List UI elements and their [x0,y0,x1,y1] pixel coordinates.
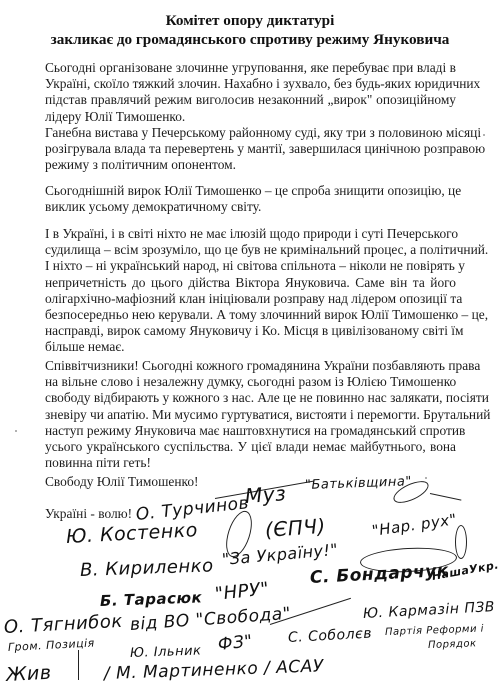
signature-ftz: ФЗ" [217,631,254,655]
paragraph-3: Сьогоднішній вирок Юлії Тимошенко – це с… [45,183,456,215]
signature-poriadok: Порядок [428,638,477,651]
text-line: І ніхто – ні український народ, ні світо… [45,258,456,274]
text-line: повинна піти геть! [45,455,456,471]
text-line: судилища – всім зрозуміло, що це був не … [45,242,456,258]
text-line: режиму з політичним опонентом. [45,157,456,173]
signature-loop [455,525,467,559]
signature-narodnyi-rukh: "Нар. рух" [371,510,458,540]
text-line: Сьогодні організоване злочинне угрупован… [45,60,456,76]
signature-ye-ptch: (ЄПЧ) [264,514,326,542]
paragraph-1: Сьогодні організоване злочинне угрупован… [45,60,456,125]
signature-scribble: Муз [244,481,287,508]
text-line: безпосередньо нею керували. А тому злочи… [45,307,456,323]
text-line: свободу відбирають у кожного з нас. Але … [45,390,456,406]
signature-tyahnybok: О. Тягнибок [3,611,123,638]
text-line: Співвітчизники! Сьогодні кожного громадя… [45,358,456,374]
paragraph-5: Співвітчизники! Сьогодні кожного громадя… [45,358,456,471]
text-line: більше немає. [45,339,456,355]
signature-kostenko: Ю. Костенко [65,519,198,548]
text-line: розігрувала влада та перевертень у манті… [45,141,456,157]
signature-batkivshchyna: "Батьківщина" [305,474,412,493]
paragraph-2: Ганебна вистава у Печерському районному … [45,125,456,174]
text-line: олігархічно-мафіозний клан ініціювали ро… [45,291,456,307]
slogan-free-tymoshenko: Свободу Юлії Тимошенко! [45,474,198,490]
signature-ilnyk: Ю. Ільник [130,644,202,661]
text-line: усього українського суспільства. У цієї … [45,439,456,455]
text-line: І в Україні, і в світі ніхто не має ілюз… [45,226,456,242]
document-title-line-2: закликає до громадянського спротиву режи… [0,30,500,49]
text-line: наступ режиму Януковича має наштовхнутис… [45,423,456,439]
text-line: насправді, вирок самому Януковичу і Ко. … [45,323,456,339]
text-line: непричетність до цього дійства Віктора Я… [45,275,456,291]
text-line: лідеру Юлії Тимошенко. [45,109,456,125]
signature-stroke [78,650,80,680]
text-line: на вільне слово і незалежну думку, сього… [45,374,456,390]
text-line: Україні, скоїло тяжкий злочин. Нахабно і… [45,76,456,92]
letter-page: Комітет опору диктатурі закликає до гром… [0,0,500,690]
signature-kyrylenko: В. Кириленко [80,555,214,581]
text-line: підстав правлячий режим виголосив незако… [45,92,456,108]
signature-zhyvyi: Жив [5,662,52,686]
signature-bondarchuk: С. Бондарчук [309,561,449,588]
text-line: виклик усьому демократичному світу. [45,199,456,215]
signature-reformy: Партія Реформи і [385,624,484,638]
signature-tarasiuk: Б. Тарасюк [100,588,203,610]
signature-nru: "НРУ" [214,578,270,605]
scan-speck [15,430,17,432]
slogan-freedom-ukraine: Україні - волю! [45,506,132,522]
text-line: зневіру чи апатію. Ми мусимо гуртуватися… [45,407,456,423]
scan-speck [425,477,427,479]
signature-stroke [430,493,462,501]
paragraph-4: І в Україні, і в світі ніхто не має ілюз… [45,226,456,356]
text-line: Ганебна вистава у Печерському районному … [45,125,456,141]
scan-speck [483,134,485,136]
text-line: Сьогоднішній вирок Юлії Тимошенко – це с… [45,183,456,199]
signature-soboliev: С. Соболєв [288,626,373,646]
document-title-line-1: Комітет опору диктатурі [0,11,500,30]
signature-vo-svoboda: від ВО "Свобода" [129,604,291,635]
signature-hromadianska-pozytsiia: Гром. Позиція [8,636,95,654]
signature-karmazin: Ю. Кармазін ПЗВ [363,599,496,622]
